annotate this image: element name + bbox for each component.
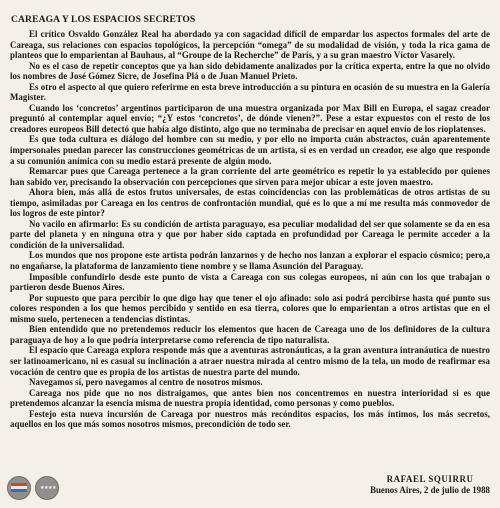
document-page: CAREAGA Y LOS ESPACIOS SECRETOS El críti…: [0, 0, 500, 508]
logo-group: ★★★★: [7, 476, 59, 500]
paragraph: Imposible confundirlo desde este punto d…: [10, 272, 490, 293]
signature-block: RAFAEL SQUIRRU Buenos Aires, 2 de julio …: [370, 474, 490, 496]
paragraph: Remarcar pues que Careaga pertenece a la…: [10, 166, 490, 187]
paragraph: Los mundos que nos propone este artista …: [10, 250, 490, 271]
paragraph: Cuando los ‘concretos’ argentinos partic…: [10, 103, 490, 135]
paragraph: Es otro el aspecto al que quiero referir…: [10, 82, 490, 103]
stars-seal-icon: ★★★★: [35, 476, 59, 500]
paragraph: Por supuesto que para percibir lo que di…: [10, 293, 490, 325]
paragraph: El crítico Osvaldo González Real ha abor…: [10, 29, 490, 61]
paragraph: No es el caso de repetir conceptos que y…: [10, 61, 490, 82]
place-date: Buenos Aires, 2 de julio de 1988: [370, 485, 490, 496]
paragraph: Bien entendido que no pretendemos reduci…: [10, 324, 490, 345]
paragraph: Careaga nos pide que no nos distraigamos…: [10, 388, 490, 409]
paragraph: Navegamos sí, pero navegamos al centro d…: [10, 377, 490, 388]
paragraph: El espacio que Careaga explora responde …: [10, 345, 490, 377]
author-name: RAFAEL SQUIRRU: [370, 474, 490, 485]
paragraph: No vacilo en afirmarlo: Es su condición …: [10, 219, 490, 251]
paragraph: Festejo esta nueva incursión de Careaga …: [10, 409, 490, 430]
paragraph: Es que toda cultura es diálogo del hombr…: [10, 134, 490, 166]
paraguay-flag-seal-icon: [7, 476, 31, 500]
footer: ★★★★ RAFAEL SQUIRRU Buenos Aires, 2 de j…: [0, 470, 500, 508]
paragraph: Ahora bien, más allá de estos frutos uni…: [10, 187, 490, 219]
article-body: El crítico Osvaldo González Real ha abor…: [10, 29, 490, 430]
article-title: CAREAGA Y LOS ESPACIOS SECRETOS: [11, 13, 490, 26]
